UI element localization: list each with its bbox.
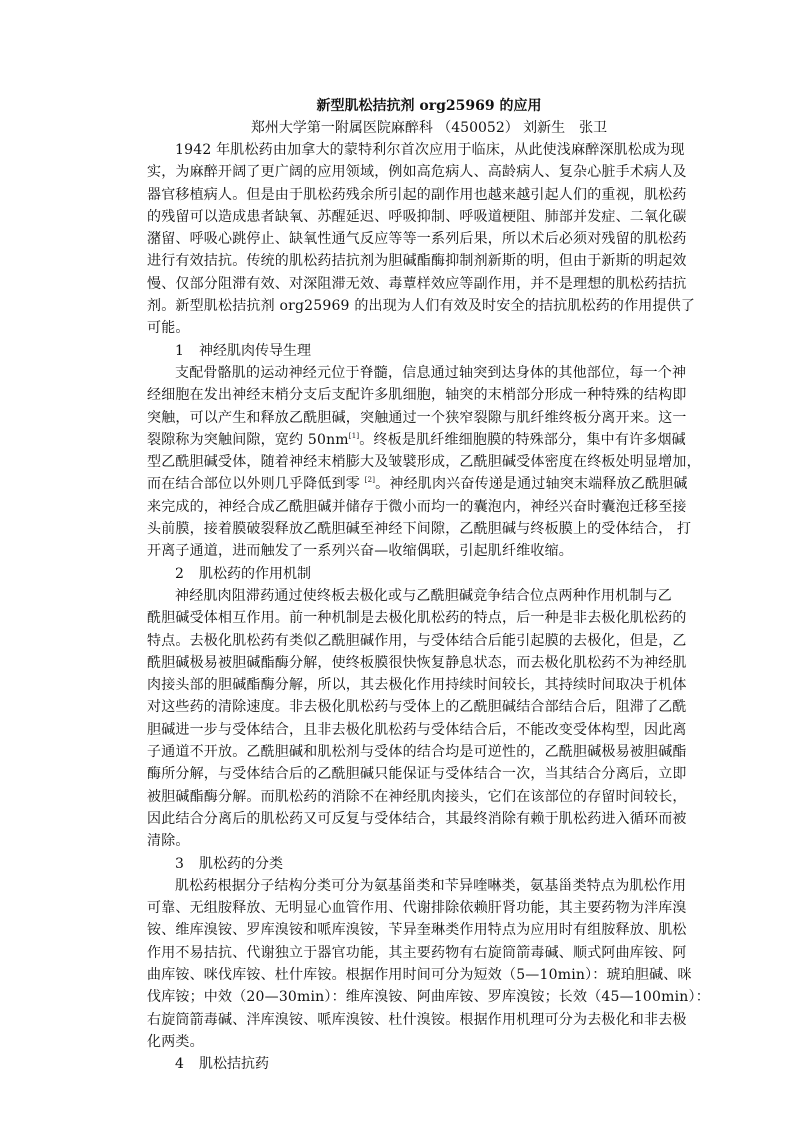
section-heading-2: 2肌松药的作用机制 bbox=[147, 563, 671, 585]
text-line: 实，为麻醉开阔了更广阔的应用领域，例如高危病人、高龄病人、复杂心脏手术病人及 bbox=[147, 161, 671, 183]
text-line-with-citation: 裂隙称为突触间隙，宽约 50nm[1]。终板是肌纤维细胞膜的特殊部分，集中有许多… bbox=[147, 429, 671, 451]
author-affiliation: 郑州大学第一附属医院麻醉科 （450052） 刘新生 张卫 bbox=[147, 117, 671, 139]
text-line: 胆碱进一步与受体结合，且非去极化肌松药与受体结合后，不能改变受体构型，因此离 bbox=[147, 719, 671, 741]
text-line: 因此结合分离后的肌松药又可反复与受体结合，其最终消除有赖于肌松药进入循环而被 bbox=[147, 808, 671, 830]
text-line: 1942 年肌松药由加拿大的蒙特利尔首次应用于临床，从此使浅麻醉深肌松成为现 bbox=[147, 139, 671, 161]
text-line: 酰胆碱极易被胆碱酯酶分解，使终板膜很快恢复静息状态，而去极化肌松药不为神经肌 bbox=[147, 652, 671, 674]
section-heading-1: 1神经肌肉传导生理 bbox=[147, 340, 671, 362]
section-title: 神经肌肉传导生理 bbox=[199, 343, 311, 359]
section-3-paragraph: 肌松药根据分子结构分类可分为氨基甾类和苄异喹啉类，氨基甾类特点为肌松作用 可靠、… bbox=[147, 875, 671, 1053]
document-title: 新型肌松拮抗剂 org25969 的应用 bbox=[147, 95, 671, 117]
section-1-paragraph: 支配骨骼肌的运动神经元位于脊髓，信息通过轴突到达身体的其他部位，每一个神 经细胞… bbox=[147, 362, 671, 563]
text-line-with-citation: 而在结合部位以外则几乎降低到零 [2]。神经肌肉兴奋传递是通过轴突末端释放乙酰胆… bbox=[147, 473, 671, 495]
text-line: 子通道不开放。乙酰胆碱和肌松剂与受体的结合均是可逆性的，乙酰胆碱极易被胆碱酯 bbox=[147, 741, 671, 763]
text-line: 突触，可以产生和释放乙酰胆碱，突触通过一个狭窄裂隙与肌纤维终板分离开来。这一 bbox=[147, 407, 671, 429]
section-number: 2 bbox=[175, 563, 199, 585]
section-title: 肌松药的分类 bbox=[199, 856, 283, 872]
text-line: 支配骨骼肌的运动神经元位于脊髓，信息通过轴突到达身体的其他部位，每一个神 bbox=[147, 362, 671, 384]
text-line: 特点。去极化肌松药有类似乙酰胆碱作用，与受体结合后能引起膜的去极化，但是，乙 bbox=[147, 630, 671, 652]
text-line: 酰胆碱受体相互作用。前一种机制是去极化肌松药的特点，后一种是非去极化肌松药的 bbox=[147, 607, 671, 629]
citation-ref-2: [2] bbox=[365, 476, 376, 484]
text-span: 。神经肌肉兴奋传递是通过轴突末端释放乙酰胆碱 bbox=[375, 476, 687, 492]
text-line: 清除。 bbox=[147, 830, 671, 852]
section-number: 1 bbox=[175, 340, 199, 362]
citation-ref-1: [1] bbox=[349, 432, 360, 440]
text-line: 经细胞在发出神经末梢分支后支配许多肌细胞，轴突的末梢部分形成一种特殊的结构即 bbox=[147, 384, 671, 406]
section-title: 肌松药的作用机制 bbox=[199, 566, 311, 582]
text-line: 被胆碱酯酶分解。而肌松药的消除不在神经肌肉接头，它们在该部位的存留时间较长， bbox=[147, 786, 671, 808]
section-2-paragraph: 神经肌肉阻滞药通过使终板去极化或与乙酰胆碱竞争结合位点两种作用机制与乙 酰胆碱受… bbox=[147, 585, 671, 853]
text-line: 铵、维库溴铵、罗库溴铵和哌库溴铵，苄异奎琳类作用特点为应用时有组胺释放、肌松 bbox=[147, 919, 671, 941]
text-line: 化两类。 bbox=[147, 1031, 671, 1053]
text-line: 伐库铵；中效（20—30min）：维库溴铵、阿曲库铵、罗库溴铵；长效（45—10… bbox=[147, 986, 671, 1008]
text-line: 潴留、呼吸心跳停止、缺氧性通气反应等等一系列后果，所以术后必须对残留的肌松药 bbox=[147, 228, 671, 250]
text-line: 神经肌肉阻滞药通过使终板去极化或与乙酰胆碱竞争结合位点两种作用机制与乙 bbox=[147, 585, 671, 607]
section-title: 肌松拮抗药 bbox=[199, 1056, 269, 1072]
text-line: 右旋筒箭毒碱、泮库溴铵、哌库溴铵、杜什溴铵。根据作用机理可分为去极化和非去极 bbox=[147, 1009, 671, 1031]
text-line: 头前膜，接着膜破裂释放乙酰胆碱至神经下间隙，乙酰胆碱与终板膜上的受体结合， 打 bbox=[147, 518, 671, 540]
section-number: 3 bbox=[175, 853, 199, 875]
text-line: 作用不易拮抗、代谢独立于器官功能，其主要药物有右旋筒箭毒碱、顺式阿曲库铵、阿 bbox=[147, 942, 671, 964]
text-line: 曲库铵、咪伐库铵、杜什库铵。根据作用时间可分为短效（5—10min）：琥珀胆碱、… bbox=[147, 964, 671, 986]
text-line: 剂。新型肌松拮抗剂 org25969 的出现为人们有效及时安全的拮抗肌松药的作用… bbox=[147, 295, 671, 317]
text-span: 。终板是肌纤维细胞膜的特殊部分，集中有许多烟碱 bbox=[359, 432, 686, 448]
text-line: 器官移植病人。但是由于肌松药残余所引起的副作用也越来越引起人们的重视，肌松药 bbox=[147, 184, 671, 206]
text-line: 慢、仅部分阻滞有效、对深阻滞无效、毒蕈样效应等副作用，并不是理想的肌松药拮抗 bbox=[147, 273, 671, 295]
document-page: 新型肌松拮抗剂 org25969 的应用 郑州大学第一附属医院麻醉科 （4500… bbox=[147, 95, 671, 1075]
section-number: 4 bbox=[175, 1053, 199, 1075]
text-line: 酶所分解，与受体结合后的乙酰胆碱只能保证与受体结合一次，当其结合分离后，立即 bbox=[147, 763, 671, 785]
text-line: 可能。 bbox=[147, 317, 671, 339]
text-line: 开离子通道，进而触发了一系列兴奋—收缩偶联，引起肌纤维收缩。 bbox=[147, 540, 671, 562]
intro-paragraph: 1942 年肌松药由加拿大的蒙特利尔首次应用于临床，从此使浅麻醉深肌松成为现 实… bbox=[147, 139, 671, 340]
text-line: 的残留可以造成患者缺氧、苏醒延迟、呼吸抑制、呼吸道梗阻、肺部并发症、二氧化碳 bbox=[147, 206, 671, 228]
text-line: 肉接头部的胆碱酯酶分解，所以，其去极化作用持续时间较长，其持续时间取决于机体 bbox=[147, 674, 671, 696]
section-heading-4: 4肌松拮抗药 bbox=[147, 1053, 671, 1075]
text-line: 肌松药根据分子结构分类可分为氨基甾类和苄异喹啉类，氨基甾类特点为肌松作用 bbox=[147, 875, 671, 897]
text-span: 而在结合部位以外则几乎降低到零 bbox=[147, 476, 360, 492]
text-line: 可靠、无组胺释放、无明显心血管作用、代谢排除依赖肝肾功能，其主要药物为泮库溴 bbox=[147, 897, 671, 919]
text-line: 型乙酰胆碱受体，随着神经末梢膨大及皱襞形成，乙酰胆碱受体密度在终板处明显增加， bbox=[147, 451, 671, 473]
text-span: 裂隙称为突触间隙，宽约 50nm bbox=[147, 432, 349, 448]
text-line: 来完成的，神经合成乙酰胆碱并储存于微小而均一的囊泡内，神经兴奋时囊泡迁移至接 bbox=[147, 496, 671, 518]
section-heading-3: 3肌松药的分类 bbox=[147, 853, 671, 875]
text-line: 进行有效拮抗。传统的肌松药拮抗剂为胆碱酯酶抑制剂新斯的明，但由于新斯的明起效 bbox=[147, 250, 671, 272]
text-line: 对这些药的清除速度。非去极化肌松药与受体上的乙酰胆碱结合部结合后，阻滞了乙酰 bbox=[147, 696, 671, 718]
